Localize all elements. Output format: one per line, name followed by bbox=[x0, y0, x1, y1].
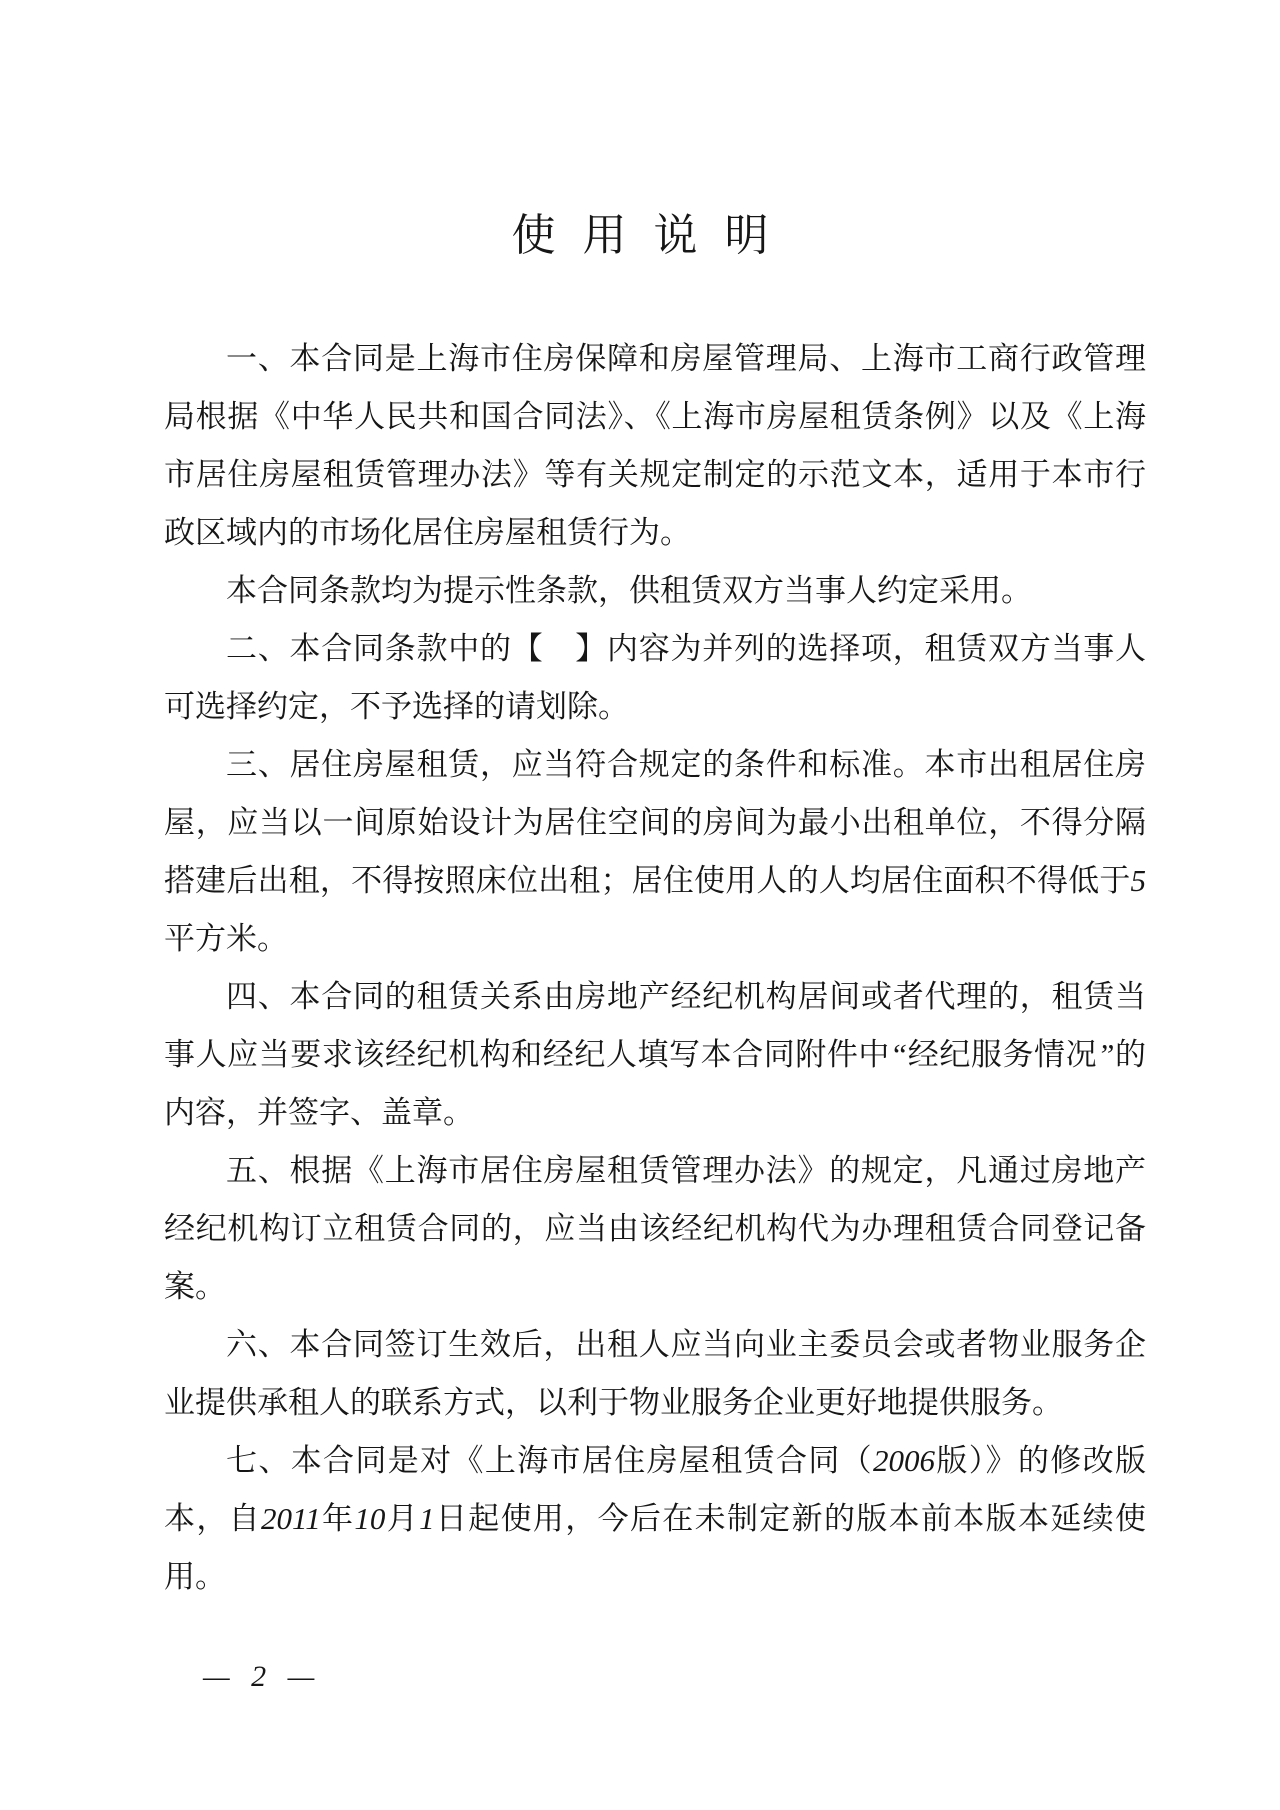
paragraph-1: 一、本合同是上海市住房保障和房屋管理局、上海市工商行政管理局根据《中华人民共和国… bbox=[164, 330, 1146, 562]
paragraph-6: 五、根据《上海市居住房屋租赁管理办法》的规定，凡通过房地产经纪机构订立租赁合同的… bbox=[164, 1142, 1146, 1316]
document-page: 使用说明 一、本合同是上海市住房保障和房屋管理局、上海市工商行政管理局根据《中华… bbox=[0, 0, 1280, 1810]
page-title: 使用说明 bbox=[0, 208, 1280, 264]
document-body: 一、本合同是上海市住房保障和房屋管理局、上海市工商行政管理局根据《中华人民共和国… bbox=[164, 330, 1146, 1606]
paragraph-2: 本合同条款均为提示性条款，供租赁双方当事人约定采用。 bbox=[164, 562, 1146, 620]
paragraph-4: 三、居住房屋租赁，应当符合规定的条件和标准。本市出租居住房屋，应当以一间原始设计… bbox=[164, 736, 1146, 968]
paragraph-8: 七、本合同是对《上海市居住房屋租赁合同（2006版）》的修改版本，自2011年1… bbox=[164, 1432, 1146, 1606]
paragraph-3: 二、本合同条款中的【 】内容为并列的选择项，租赁双方当事人可选择约定，不予选择的… bbox=[164, 620, 1146, 736]
paragraph-5: 四、本合同的租赁关系由房地产经纪机构居间或者代理的，租赁当事人应当要求该经纪机构… bbox=[164, 968, 1146, 1142]
page-number: — 2 — bbox=[203, 1660, 321, 1694]
paragraph-7: 六、本合同签订生效后，出租人应当向业主委员会或者物业服务企业提供承租人的联系方式… bbox=[164, 1316, 1146, 1432]
